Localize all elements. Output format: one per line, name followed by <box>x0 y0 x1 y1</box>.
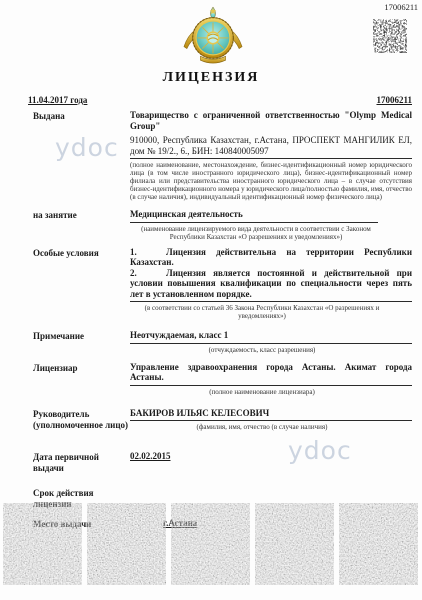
activity-value: Медицинская деятельность <box>130 209 412 220</box>
issue-date: 11.04.2017 года <box>28 95 87 105</box>
field-remark: Примечание Неотчуждаемая, класс 1 (отчуж… <box>33 330 412 354</box>
field-activity: на занятие Медицинская деятельность (наи… <box>33 209 412 241</box>
field-note: (наименование лицензируемого вида деятел… <box>130 225 400 241</box>
remark-value: Неотчуждаемая, класс 1 <box>130 330 412 341</box>
field-label: Лицензиар <box>33 362 130 396</box>
field-note: (полное наименование лицензиара) <box>130 388 412 396</box>
first-issue-date-value: 02.02.2015 <box>130 451 412 462</box>
divider <box>130 301 412 302</box>
field-label: Руководитель (уполномоченное лицо) <box>33 408 130 432</box>
divider <box>130 222 378 223</box>
divider <box>130 420 412 421</box>
redacted-stamp-block <box>87 503 166 585</box>
divider <box>130 385 412 386</box>
fields-area: Выдана Товарищество с ограниченной ответ… <box>33 110 412 530</box>
field-label: Дата первичной выдачи <box>33 451 130 474</box>
license-number: 17006211 <box>376 95 412 105</box>
datamatrix-code-icon <box>373 19 407 53</box>
licensor-value: Управление здравоохранения города Астаны… <box>130 362 412 383</box>
licensee-name: Товарищество с ограниченной ответственно… <box>130 110 412 131</box>
head-name: БАКИРОВ ИЛЬЯС КЕЛЕСОВИЧ <box>130 408 412 419</box>
field-head: Руководитель (уполномоченное лицо) БАКИР… <box>33 408 412 432</box>
field-label: на занятие <box>33 209 130 241</box>
field-note: (в соответствии со статьей 36 Закона Рес… <box>130 304 412 320</box>
redacted-stamp-block <box>3 503 82 585</box>
redacted-stamp-block <box>171 503 250 585</box>
field-label: Примечание <box>33 330 130 354</box>
field-first-issue-date: Дата первичной выдачи 02.02.2015 <box>33 451 412 474</box>
field-licensor: Лицензиар Управление здравоохранения гор… <box>33 362 412 396</box>
condition-item: 1.Лицензия действительна на территории Р… <box>130 247 412 268</box>
divider <box>130 158 412 159</box>
field-special-conditions: Особые условия 1.Лицензия действительна … <box>33 247 412 321</box>
license-document-page: 17006211 <box>0 0 422 600</box>
field-issued-to: Выдана Товарищество с ограниченной ответ… <box>33 110 412 201</box>
field-note: (фамилия, имя, отчество (в случае наличи… <box>130 423 412 431</box>
meta-row: 11.04.2017 года 17006211 <box>28 95 412 105</box>
page-title: ЛИЦЕНЗИЯ <box>0 70 422 86</box>
top-document-number: 17006211 <box>384 2 418 12</box>
redacted-stamp-block <box>255 503 334 585</box>
field-note: (отчуждаемость, класс разрешения) <box>130 346 412 354</box>
stamp-strip <box>3 503 419 585</box>
condition-item: 2.Лицензия является постоянной и действи… <box>130 268 412 300</box>
field-label: Особые условия <box>33 247 130 321</box>
divider <box>130 343 412 344</box>
field-label: Выдана <box>33 110 130 201</box>
kazakhstan-emblem-icon <box>182 6 244 66</box>
field-note: (полное наименование, местонахождение, б… <box>130 161 412 201</box>
redacted-stamp-block <box>339 503 418 585</box>
licensee-address: 910000, Республика Казахстан, г.Астана, … <box>130 135 412 156</box>
